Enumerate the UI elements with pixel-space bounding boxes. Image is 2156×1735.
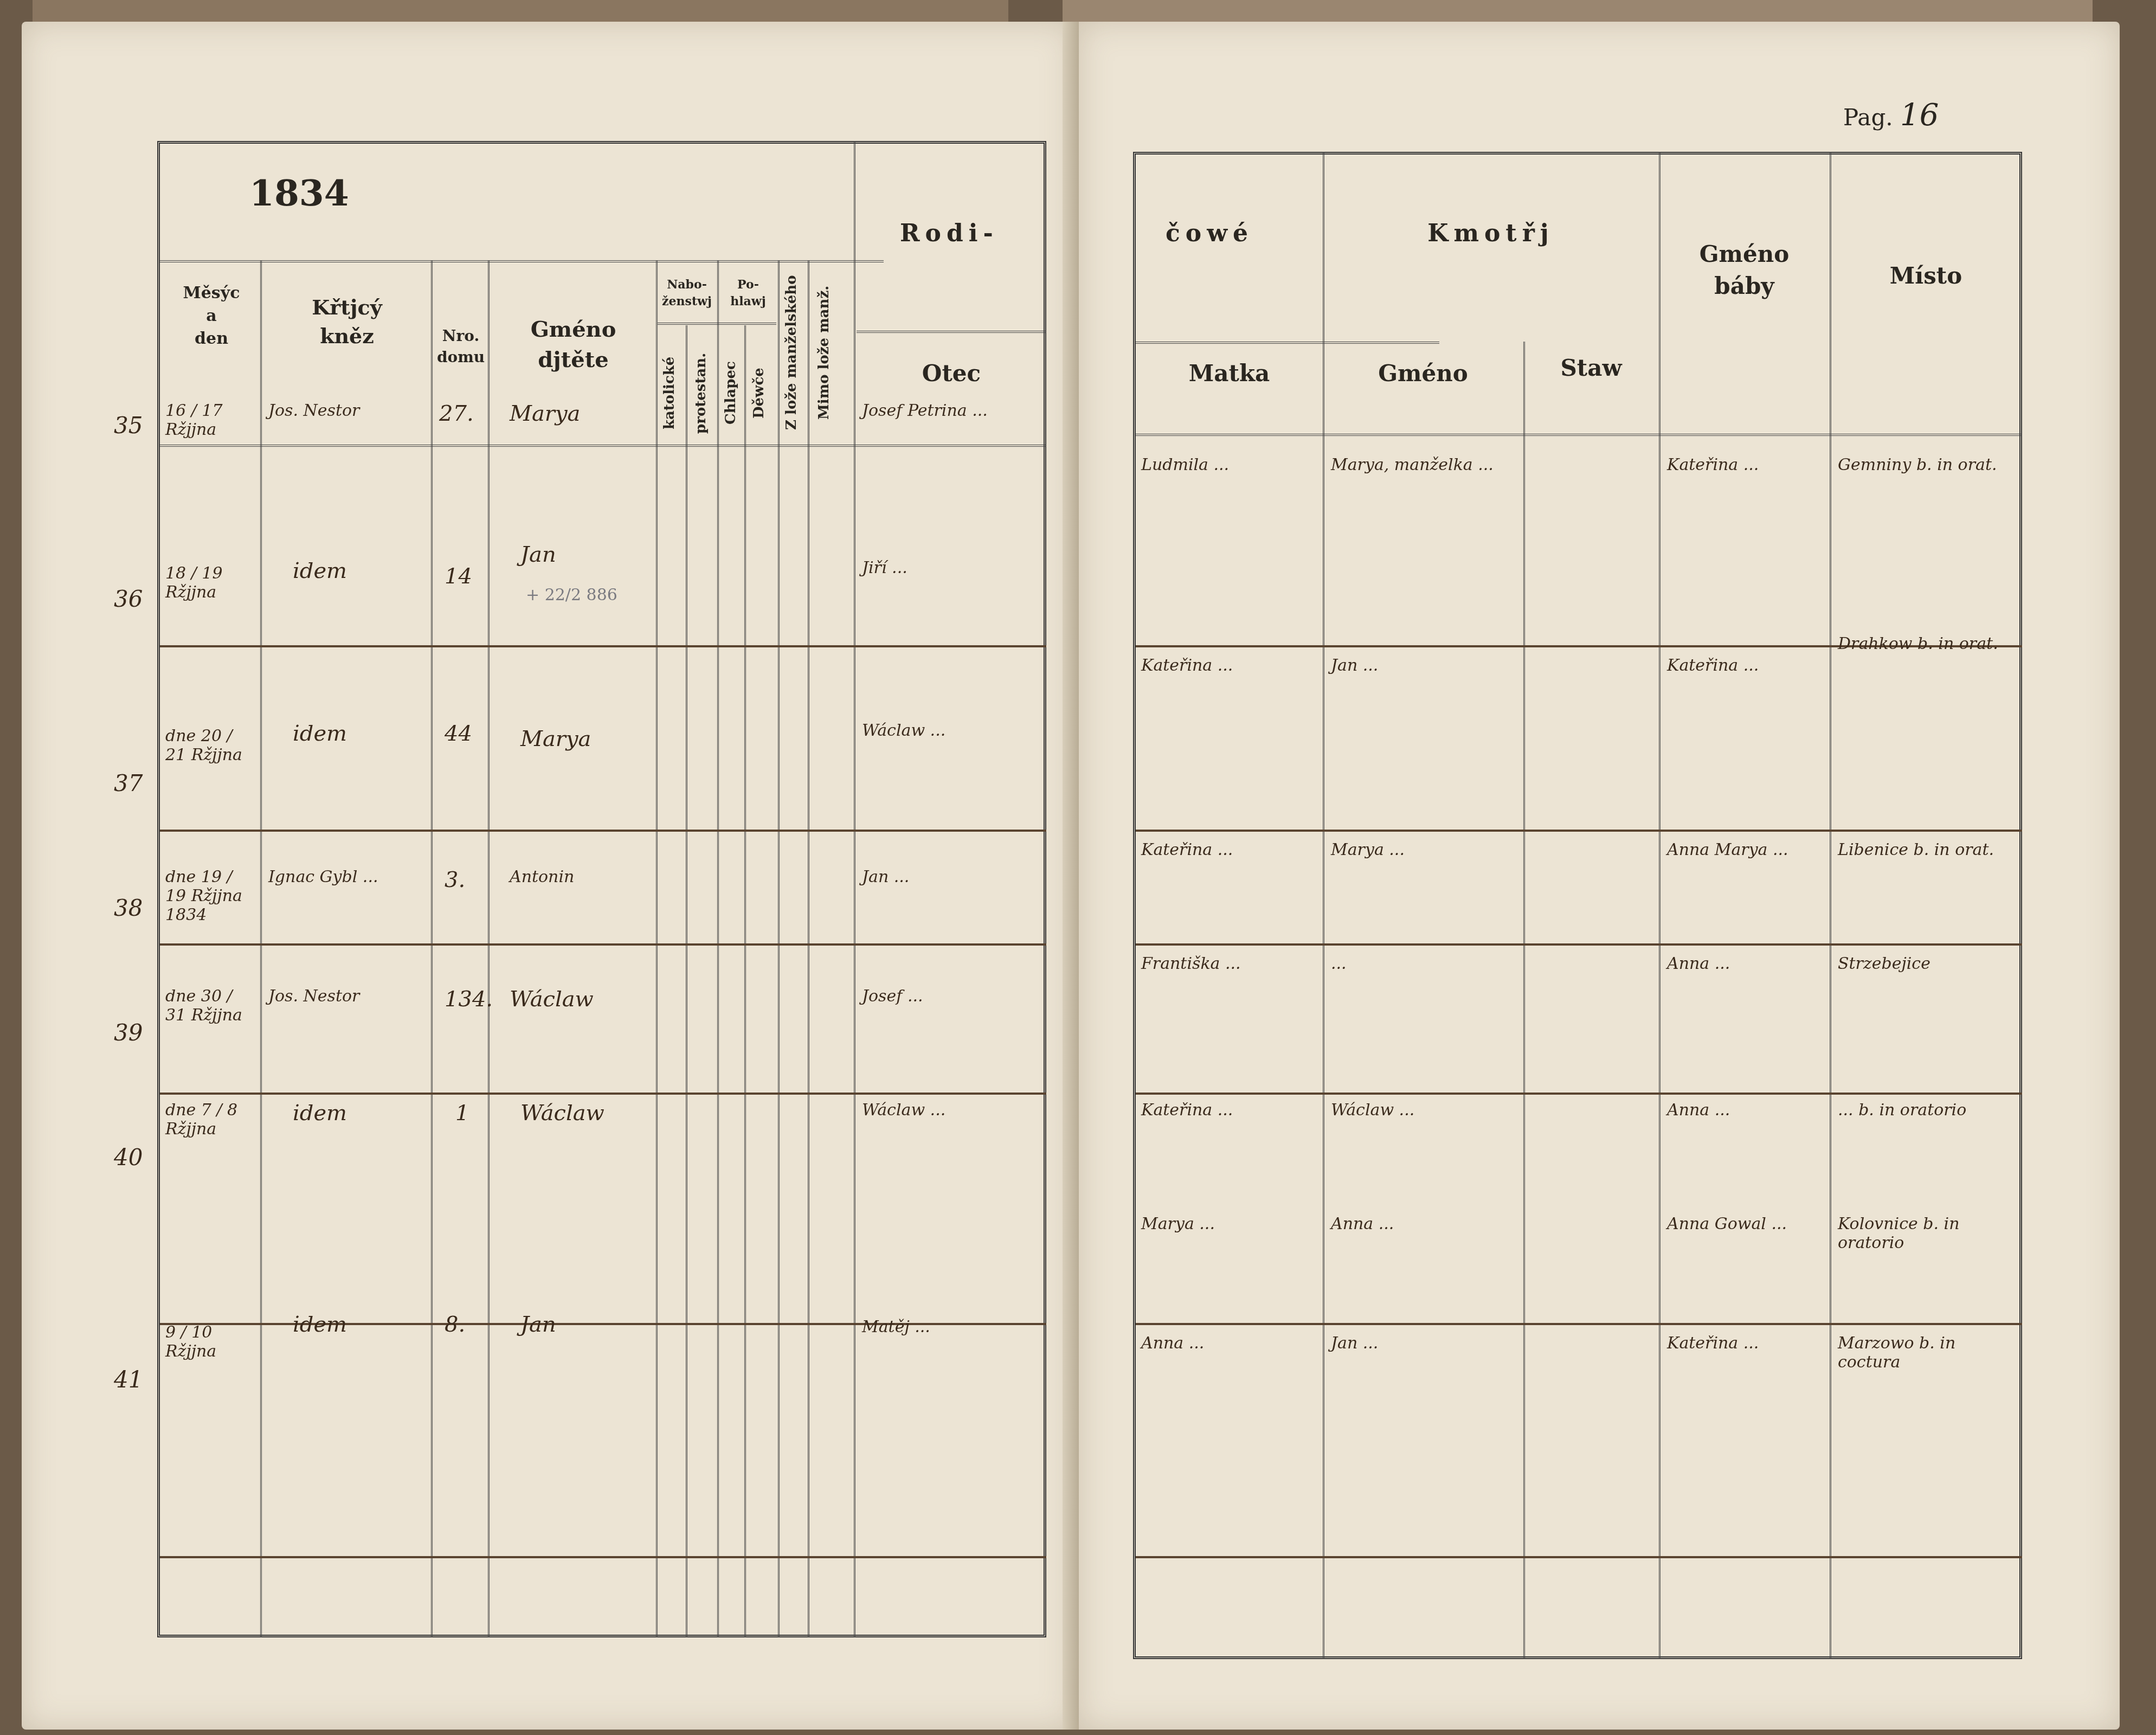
entry-house-no: 3. bbox=[445, 868, 465, 892]
header-parents-part1: Rodi- bbox=[900, 217, 999, 250]
entry-godparents: Anna ... bbox=[1331, 1214, 1651, 1233]
col-divider bbox=[431, 260, 433, 1637]
entry-father: Jan ... bbox=[862, 868, 1041, 886]
entry-priest: idem bbox=[293, 558, 347, 583]
col-divider bbox=[656, 260, 658, 1637]
entry-father: Wáclaw ... bbox=[862, 1101, 1041, 1120]
right-page: Pag. 16 čowé Matka Kmotřj Gméno Staw Gmé… bbox=[1079, 22, 2120, 1730]
entry-house-no: 8. bbox=[445, 1312, 465, 1337]
col-divider bbox=[260, 260, 262, 1637]
row-separator bbox=[1136, 830, 2022, 832]
entry-house-no: 134. bbox=[445, 987, 493, 1012]
col-divider bbox=[778, 260, 780, 1637]
header-bottom-rule bbox=[1136, 434, 2022, 436]
entry-house-no: 14 bbox=[445, 564, 472, 589]
col-divider bbox=[744, 325, 746, 1637]
col-divider bbox=[717, 260, 719, 1637]
header-father: Otec bbox=[857, 358, 1046, 390]
entry-midwife: Anna ... bbox=[1667, 954, 1824, 973]
entry-date: 18 / 19 Ržjjna bbox=[165, 564, 258, 602]
entry-mother: Františka ... bbox=[1141, 954, 1320, 973]
header-catholic: katolické bbox=[661, 347, 678, 439]
header-godparents: Kmotřj bbox=[1323, 217, 1659, 250]
header-girl: Děwče bbox=[751, 347, 767, 439]
entry-place: Drahkow b. in orat. bbox=[1838, 634, 2017, 653]
row-separator bbox=[160, 943, 1046, 946]
col-divider bbox=[1830, 152, 1831, 1659]
entry-midwife: Anna ... bbox=[1667, 1101, 1824, 1120]
row-separator bbox=[160, 830, 1046, 832]
entry-house-no: 1 bbox=[455, 1101, 469, 1126]
entry-father: Wáclaw ... bbox=[862, 721, 1041, 740]
entry-mother: Kateřina ... bbox=[1141, 656, 1320, 675]
entry-child-name: Jan bbox=[520, 1312, 556, 1337]
entry-child-name: Marya bbox=[510, 401, 580, 426]
entry-mother: Kateřina ... bbox=[1141, 840, 1320, 859]
header-protestant: protestan. bbox=[693, 347, 709, 439]
entry-number: 38 bbox=[114, 895, 143, 921]
entry-house-no: 44 bbox=[445, 721, 472, 746]
entry-mother: Kateřina ... bbox=[1141, 1101, 1320, 1120]
entry-godparents: ... bbox=[1331, 954, 1651, 973]
entry-date: dne 19 / 19 Ržjjna 1834 bbox=[165, 868, 258, 924]
entry-godparents: Jan ... bbox=[1331, 1334, 1651, 1353]
entry-date: 16 / 17 Ržjjna bbox=[165, 401, 258, 439]
entry-mother: Marya ... bbox=[1141, 1214, 1320, 1233]
godparent-sub-rule bbox=[1136, 342, 1439, 344]
entry-father: Matěj ... bbox=[862, 1318, 1041, 1336]
entry-child-note: + 22/2 886 bbox=[526, 586, 617, 605]
sub-header-rule bbox=[657, 323, 776, 325]
entry-midwife: Anna Marya ... bbox=[1667, 840, 1824, 859]
row-separator bbox=[1136, 1093, 2022, 1095]
entry-midwife: Kateřina ... bbox=[1667, 1334, 1824, 1353]
header-month-day: Měsýc a den bbox=[163, 282, 260, 350]
header-illegitimate: Mimo lože manž. bbox=[816, 266, 832, 439]
header-sex: Po- hlawj bbox=[718, 277, 778, 310]
entry-midwife: Kateřina ... bbox=[1667, 656, 1824, 675]
entry-father: Jiří ... bbox=[862, 558, 1041, 577]
col-divider bbox=[488, 260, 490, 1637]
header-mother: Matka bbox=[1136, 358, 1323, 390]
entry-child-name: Marya bbox=[520, 727, 591, 751]
header-legitimate: Z lože manželského bbox=[783, 266, 800, 439]
entry-father: Josef ... bbox=[862, 987, 1041, 1006]
entry-father: Josef Petrina ... bbox=[862, 401, 1041, 420]
entry-priest: Jos. Nestor bbox=[268, 987, 359, 1006]
col-divider bbox=[1659, 152, 1661, 1659]
col-divider bbox=[686, 325, 687, 1637]
entry-midwife: Kateřina ... bbox=[1667, 455, 1824, 474]
entry-midwife: Anna Gowal ... bbox=[1667, 1214, 1824, 1233]
entry-number: 37 bbox=[114, 770, 143, 796]
entry-number: 41 bbox=[114, 1366, 143, 1393]
entry-child-name: Antonin bbox=[510, 868, 574, 886]
entry-mother: Anna ... bbox=[1141, 1334, 1320, 1353]
col-divider bbox=[1523, 342, 1525, 1659]
entry-date: dne 30 / 31 Ržjjna bbox=[165, 987, 258, 1025]
header-bottom-rule bbox=[160, 445, 1046, 447]
entry-godparents: Jan ... bbox=[1331, 656, 1651, 675]
col-divider bbox=[808, 260, 809, 1637]
header-boy: Chlapec bbox=[723, 347, 739, 439]
entry-child-name: Jan bbox=[520, 542, 556, 567]
entry-place: Libenice b. in orat. bbox=[1838, 840, 2017, 859]
entry-priest: Jos. Nestor bbox=[268, 401, 359, 420]
entry-place: Gemniny b. in orat. bbox=[1838, 455, 2017, 474]
entry-date: 9 / 10 Ržjjna bbox=[165, 1323, 258, 1361]
row-separator bbox=[160, 1556, 1046, 1558]
entry-date: dne 7 / 8 Ržjjna bbox=[165, 1101, 258, 1139]
entry-priest: Ignac Gybl ... bbox=[268, 868, 431, 886]
row-separator bbox=[1136, 1556, 2022, 1558]
header-religion: Nabo- ženstwj bbox=[657, 277, 717, 310]
entry-place: Marzowo b. in coctura bbox=[1838, 1334, 2017, 1372]
entry-child-name: Wáclaw bbox=[510, 987, 594, 1012]
entry-priest: idem bbox=[293, 721, 347, 746]
row-separator bbox=[1136, 1323, 2022, 1325]
entry-godparents: Wáclaw ... bbox=[1331, 1101, 1651, 1120]
entry-number: 39 bbox=[114, 1019, 143, 1046]
entry-date: dne 20 / 21 Ržjjna bbox=[165, 727, 258, 764]
entry-priest: idem bbox=[293, 1312, 347, 1337]
header-midwife: Gméno báby bbox=[1659, 239, 1830, 303]
entry-number: 36 bbox=[114, 586, 143, 612]
header-place: Místo bbox=[1830, 260, 2022, 292]
left-page: 1834 Měsýc a den Křtjcý kněz Nro. domu G… bbox=[22, 22, 1073, 1730]
row-separator bbox=[160, 1093, 1046, 1095]
col-divider bbox=[854, 141, 855, 1637]
entry-number: 40 bbox=[114, 1144, 143, 1171]
header-priest: Křtjcý kněz bbox=[263, 293, 431, 350]
entry-priest: idem bbox=[293, 1101, 347, 1126]
header-child-name: Gméno djtěte bbox=[491, 314, 656, 375]
parents-sub-rule bbox=[857, 331, 1046, 333]
header-top-rule bbox=[160, 260, 884, 262]
header-parents-part2: čowé bbox=[1166, 217, 1253, 250]
entry-place: ... b. in oratorio bbox=[1838, 1101, 2017, 1120]
row-separator bbox=[1136, 943, 2022, 946]
entry-place: Strzebejice bbox=[1838, 954, 2017, 973]
entry-place: Kolovnice b. in oratorio bbox=[1838, 1214, 2017, 1252]
row-separator bbox=[160, 645, 1046, 647]
entry-godparents: Marya ... bbox=[1331, 840, 1651, 859]
entry-mother: Ludmila ... bbox=[1141, 455, 1320, 474]
page-label: Pag. 16 bbox=[1843, 98, 1939, 133]
entry-number: 35 bbox=[114, 412, 143, 439]
entry-child-name: Wáclaw bbox=[520, 1101, 604, 1126]
entry-house-no: 27. bbox=[439, 401, 474, 426]
header-godparent-status: Staw bbox=[1523, 352, 1659, 384]
year-label: 1834 bbox=[249, 168, 349, 218]
header-house-no: Nro. domu bbox=[434, 325, 488, 368]
page-number: 16 bbox=[1900, 98, 1939, 133]
header-godparent-name: Gméno bbox=[1323, 358, 1523, 390]
entry-godparents: Marya, manželka ... bbox=[1331, 455, 1651, 474]
